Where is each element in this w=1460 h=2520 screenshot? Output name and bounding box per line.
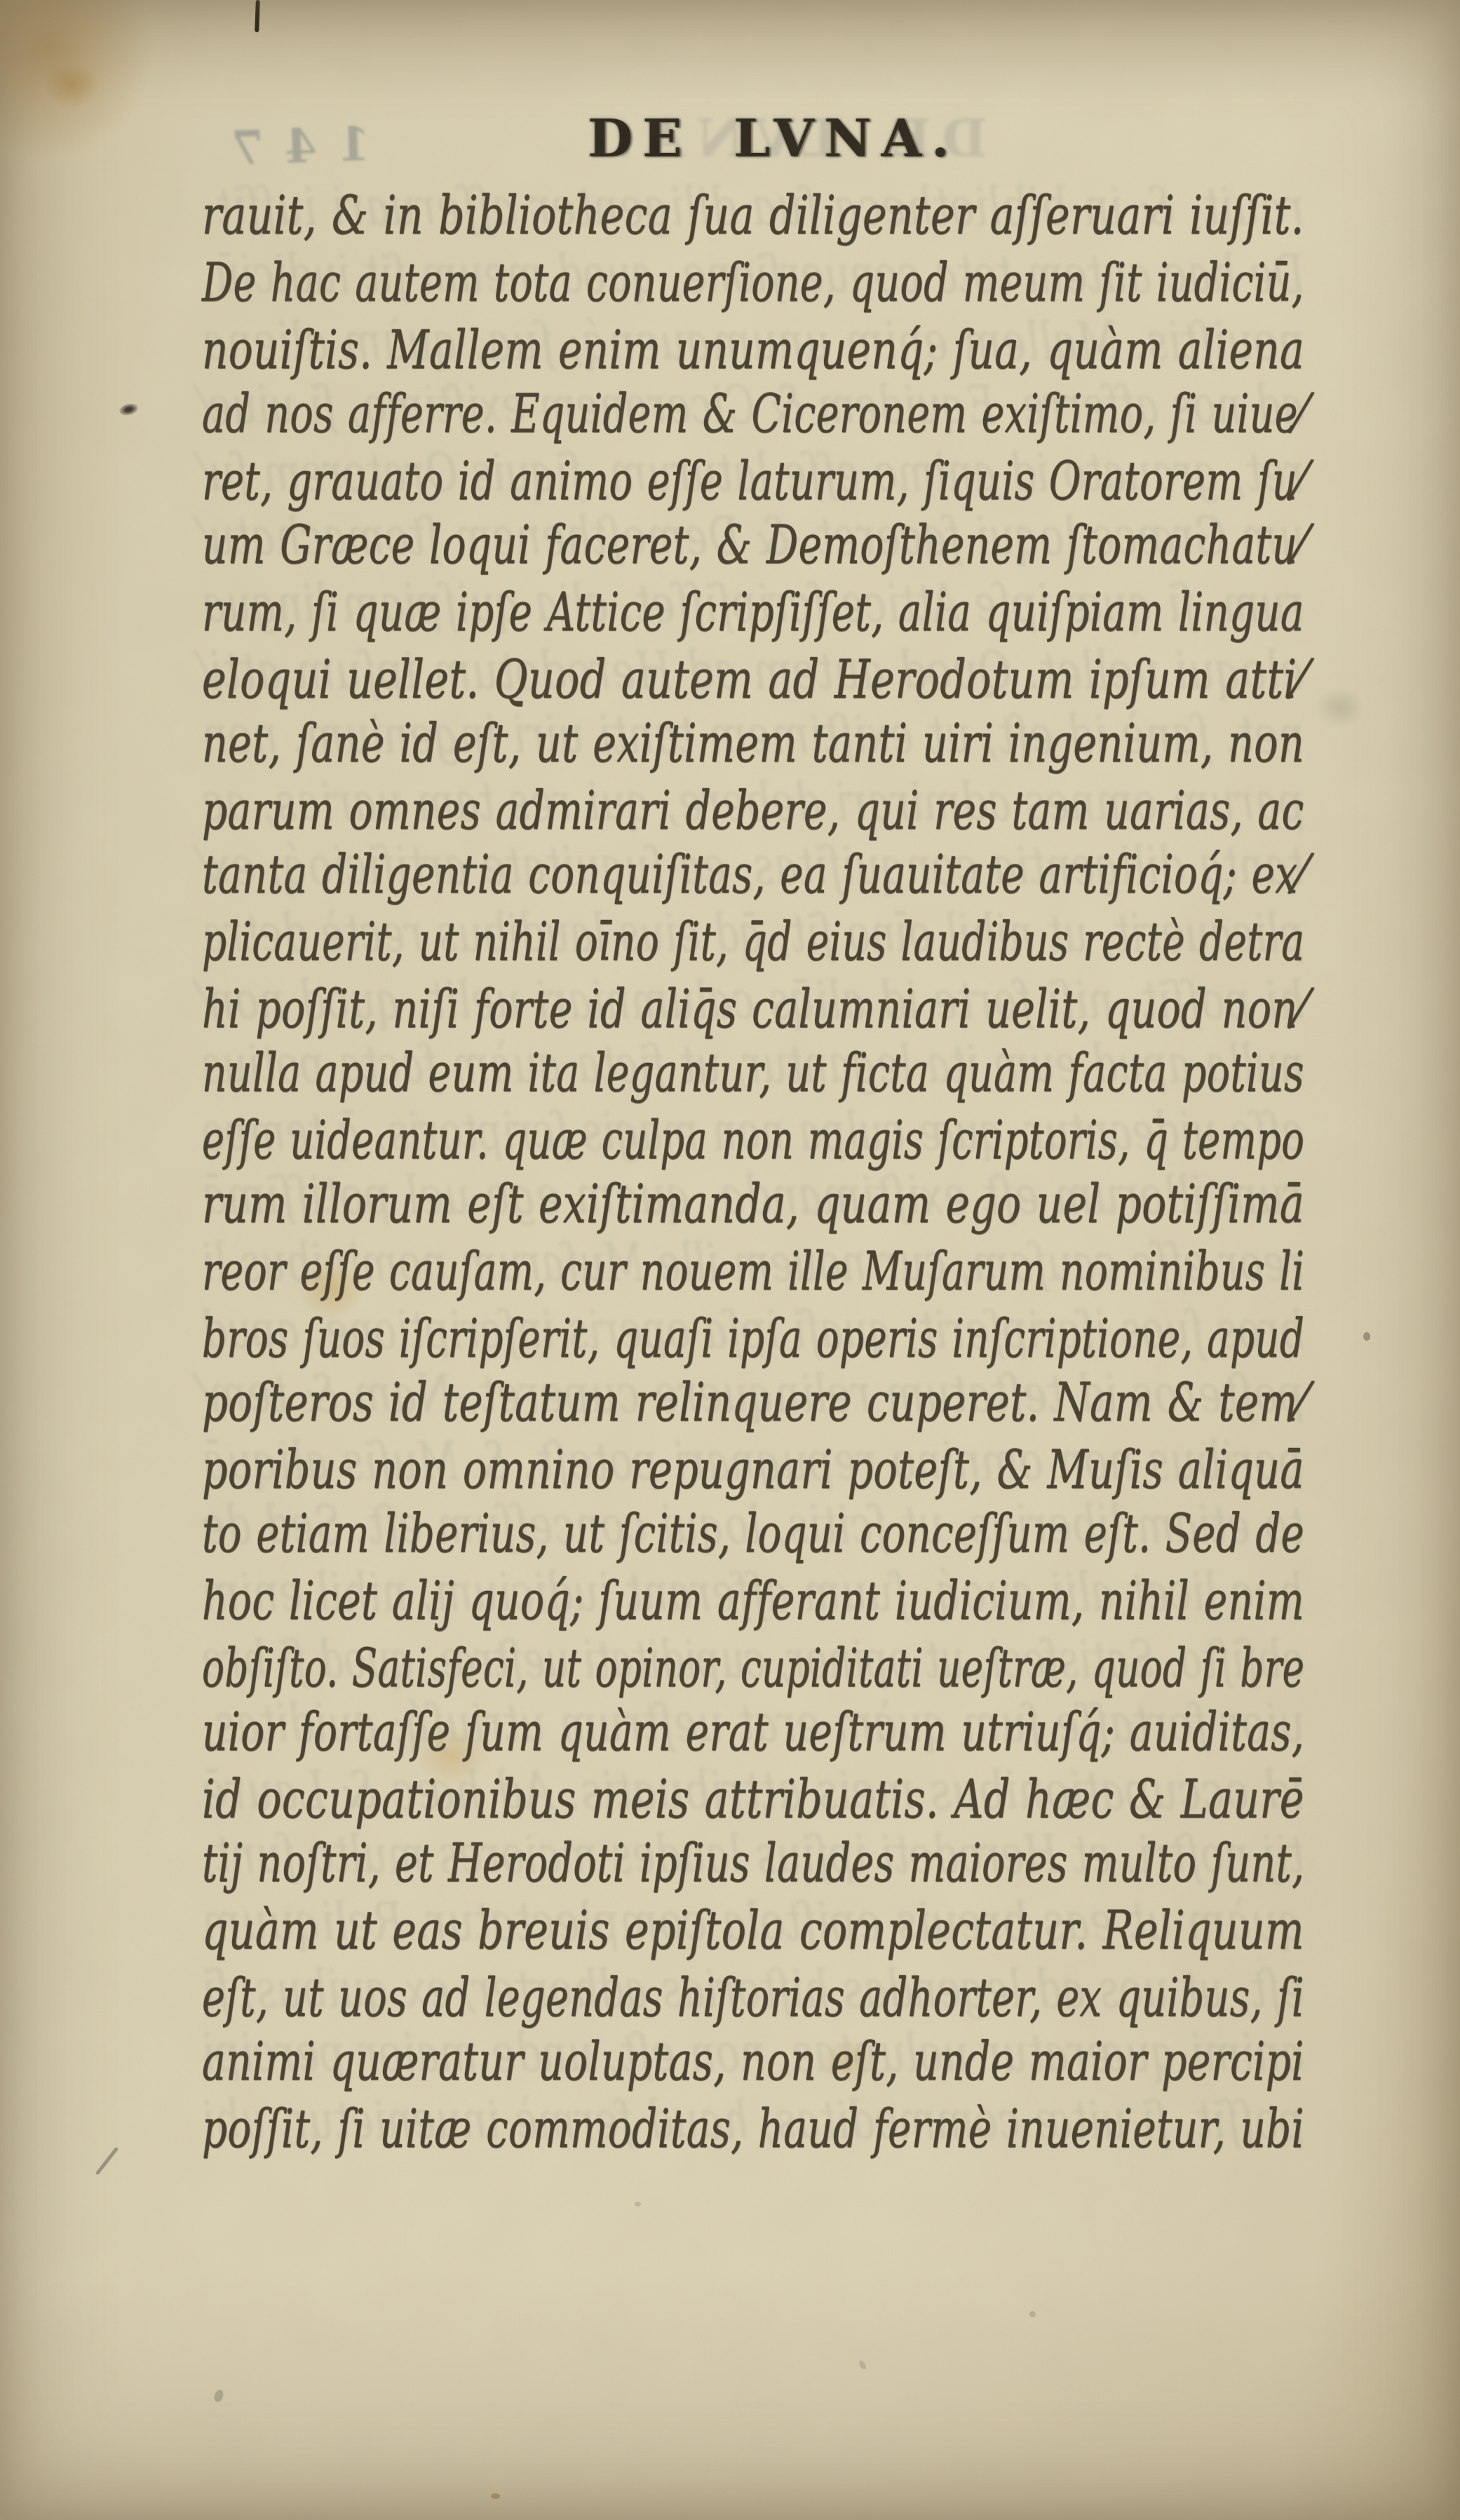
text-line: to etiam liberius, ut ſcitis, loqui conc… (202, 1501, 1013, 1566)
text-line: rum, ſi quæ ipſe Attice ſcripſiſſet, ali… (202, 579, 1015, 645)
stain-top-left-corner (0, 0, 154, 161)
text-line: obſiſto. Satisfeci, ut opinor, cupiditat… (202, 1635, 973, 1701)
text-line: quàm ut eas breuis epiſtola complectatur… (202, 1897, 1050, 1963)
text-line: hoc licet alij quoq́; ſuum afferant iudi… (202, 1568, 1024, 1634)
paper-speck (858, 2359, 867, 2371)
text-line: id occupationibus meis attribuatis. Ad h… (202, 1766, 1051, 1832)
paper-speck (1363, 1332, 1370, 1341)
text-line: hi poſſit, niſi forte id aliq̄s calumnia… (202, 976, 1027, 1042)
text-line: eloqui uellet. Quod autem ad Herodotum i… (202, 646, 1051, 712)
ink-tick-top-edge (255, 0, 260, 32)
text-line: plicauerit, ut nihil oīno ſit, q̄d eius … (202, 909, 998, 975)
paper-speck (635, 2202, 641, 2207)
text-line: poſteros id teſtatum relinquere cuperet.… (202, 1369, 1038, 1435)
text-line: ret, grauato id animo eſſe laturum, ſiqu… (202, 448, 1010, 514)
text-line: rum illorum eſt exiſtimanda, quam ego ue… (202, 1171, 1046, 1237)
stain-top-left (43, 62, 100, 108)
paper-speck (212, 2388, 224, 2403)
pen-stroke-left-margin (95, 2147, 119, 2176)
text-line: nulla apud eum ita legantur, ut ficta qu… (202, 1040, 1004, 1106)
text-line: reor eſſe cauſam, cur nouem ille Muſarum… (202, 1238, 999, 1304)
text-line: net, ſanè id eſt, ut exiſtimem tanti uir… (202, 710, 1029, 776)
scanned-page: 147 DE LVNA. rauit, & in bibliotheca ſua… (0, 0, 1460, 2520)
text-line: um Græce loqui faceret, & Demoſthenem ſt… (202, 512, 1022, 578)
text-line: animi quæratur uoluptas, non eſt, unde m… (202, 2028, 1023, 2094)
text-line: tij noſtri, et Herodoti ipſius laudes ma… (202, 1830, 1006, 1896)
text-line: De hac autem tota conuerſione, quod meum… (202, 250, 1003, 316)
text-line: eſſe uideantur. quæ culpa non magis ſcri… (202, 1107, 987, 1173)
text-line: poribus non omnino repugnari poteſt, & M… (202, 1437, 1029, 1503)
text-line: rauit, & in bibliotheca ſua diligenter a… (202, 182, 1050, 248)
text-line: parum omnes admirari debere, qui res tam… (202, 778, 1022, 844)
text-block: rauit, & in bibliotheca ſua diligenter a… (202, 184, 1304, 2161)
running-title: DE LVNA. (223, 100, 1324, 177)
text-line: bros ſuos iſcripſerit, quaſi ipſa operis… (202, 1306, 994, 1371)
text-line: nouiſtis. Mallem enim unumquenq́; ſua, q… (202, 317, 1043, 383)
text-line: tanta diligentia conquiſitas, ea ſuauita… (202, 841, 1019, 907)
text-line: poſſit, ſi uitæ commoditas, haud fermè i… (202, 2096, 1019, 2162)
paper-speck (491, 2493, 500, 2499)
text-line: eſt, ut uos ad legendas hiſtorias adhort… (202, 1965, 1008, 2031)
smudge-right-margin (1316, 687, 1365, 728)
ink-blot-left-margin (118, 402, 139, 417)
text-line: ad nos afferre. Equidem & Ciceronem exiſ… (202, 381, 1005, 447)
text-line: uior fortaſſe ſum quàm erat ueſtrum utri… (202, 1699, 1022, 1765)
paper-speck (1029, 2311, 1036, 2317)
